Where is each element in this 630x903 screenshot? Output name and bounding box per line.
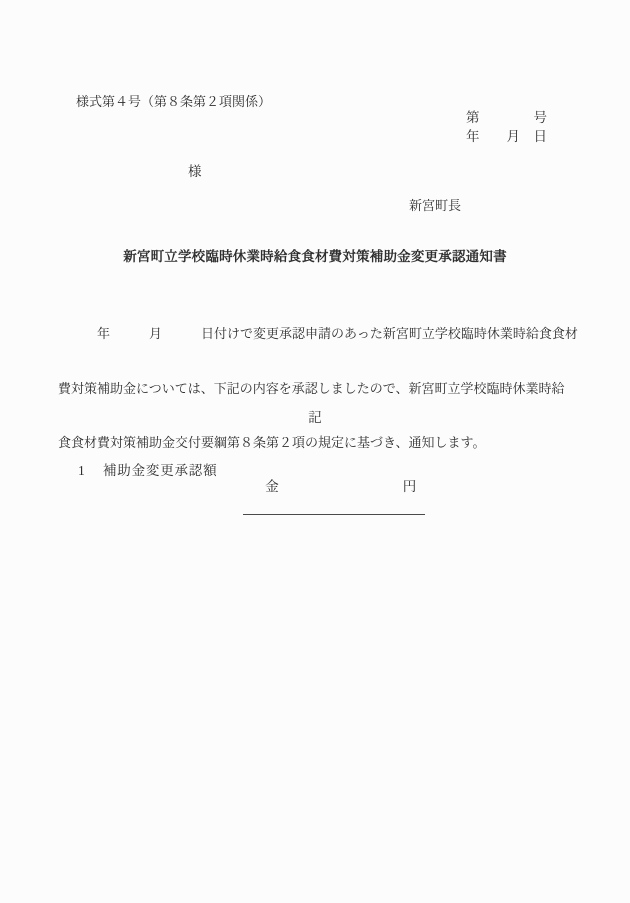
item-label: 補助金変更承認額 [103, 463, 217, 479]
item-number: 1 [78, 463, 85, 479]
amount-blank-field: 金円 [243, 463, 425, 515]
ki-marker: 記 [0, 410, 630, 426]
sender-name: 新宮町長 [409, 198, 461, 214]
body-line: 年 月 日付けで変更承認申請のあった新宮町立学校臨時休業時給食食材 [58, 326, 578, 342]
form-number-label: 様式第４号（第８条第２項関係） [76, 94, 271, 110]
amount-blank-line [279, 490, 403, 491]
amount-prefix: 金 [265, 479, 279, 494]
body-line: 費対策補助金については、下記の内容を承認しましたので、新宮町立学校臨時休業時給 [58, 381, 578, 397]
recipient-honorific: 様 [188, 164, 202, 180]
doc-number-line: 第 号 [466, 110, 547, 126]
item-row: 1 補助金変更承認額 金円 [0, 463, 630, 483]
body-paragraph: 年 月 日付けで変更承認申請のあった新宮町立学校臨時休業時給食食材 費対策補助金… [58, 288, 578, 490]
body-line: 食食材費対策補助金交付要綱第８条第２項の規定に基づき、通知します。 [58, 435, 578, 451]
date-line: 年 月 日 [466, 129, 547, 145]
document-page: 様式第４号（第８条第２項関係） 第 号 年 月 日 様 新宮町長 新宮町立学校臨… [0, 0, 630, 903]
amount-suffix: 円 [403, 479, 417, 494]
document-title: 新宮町立学校臨時休業時給食食材費対策補助金変更承認通知書 [0, 249, 630, 265]
